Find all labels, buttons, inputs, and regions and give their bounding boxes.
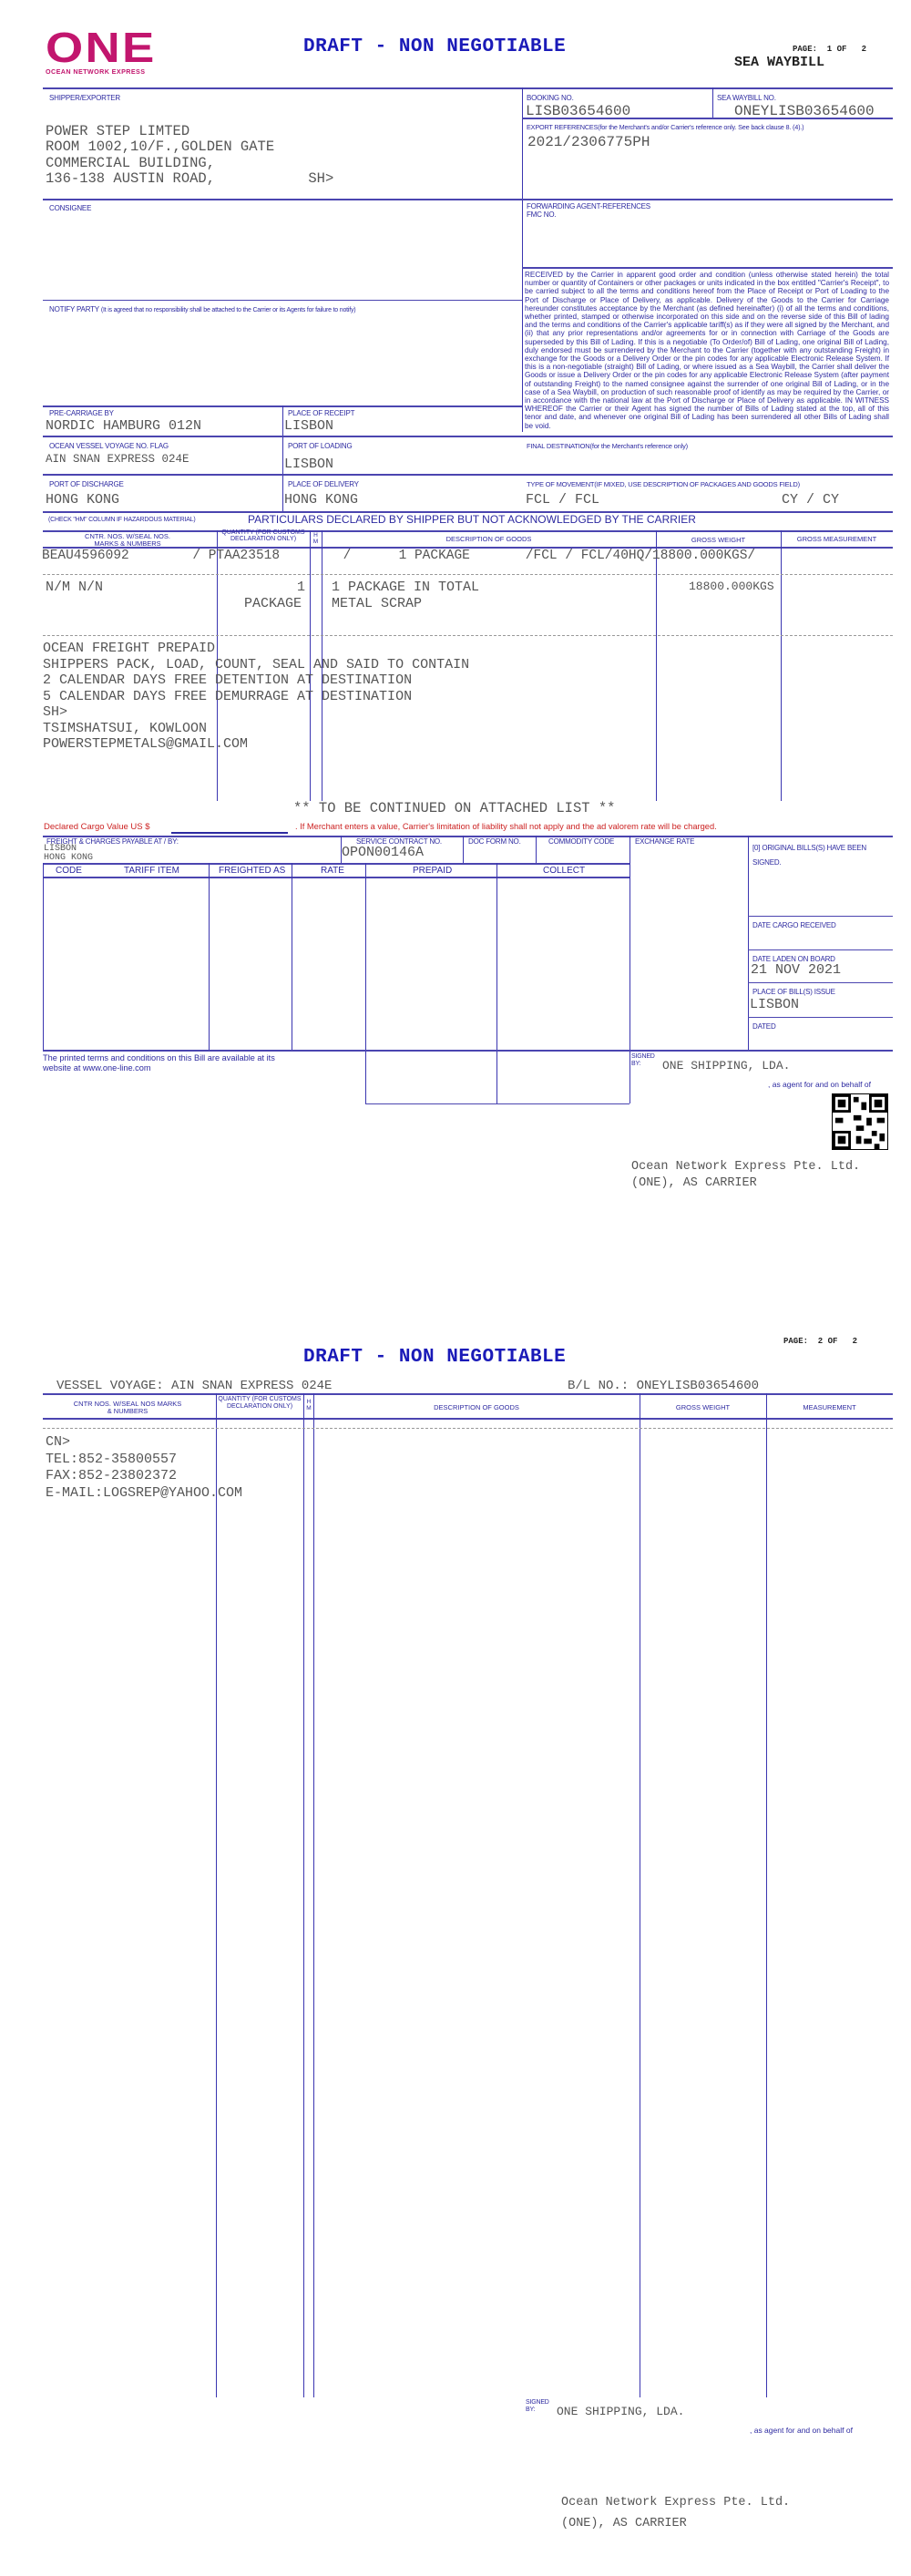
dashed-divider — [43, 1428, 893, 1429]
signed-by-label: SIGNEDBY: — [631, 1053, 655, 1068]
column-line — [216, 1393, 217, 2397]
dated-label: DATED — [752, 1022, 776, 1031]
continued-line: CN> — [46, 1434, 242, 1452]
divider — [365, 863, 366, 1103]
cargo-marks: N/M N/N — [46, 580, 103, 595]
remark-line: 2 CALENDAR DAYS FREE DETENTION AT DESTIN… — [43, 672, 469, 689]
charges-header-rate: RATE — [321, 866, 344, 876]
place-of-receipt-value: LISBON — [284, 418, 333, 434]
divider — [43, 863, 44, 1050]
column-line — [766, 1393, 767, 2397]
divider — [43, 300, 522, 301]
column-header-description: DESCRIPTION OF GOODS — [313, 1404, 640, 1411]
service-contract-value: OPON00146A — [342, 845, 424, 860]
place-of-issue-value: LISBON — [750, 997, 799, 1012]
column-line — [640, 1393, 640, 2397]
signed-by-value: ONE SHIPPING, LDA. — [557, 2405, 684, 2418]
cargo-description: 1 PACKAGE IN TOTALMETAL SCRAP — [332, 580, 479, 612]
qr-code-icon — [832, 1093, 888, 1150]
port-of-loading-value: LISBON — [284, 457, 333, 472]
column-header-gross-weight: GROSS WEIGHT — [656, 537, 781, 544]
divider — [292, 863, 292, 1050]
divider — [630, 836, 630, 1103]
charges-header-collect: COLLECT — [543, 866, 585, 876]
dashed-divider — [43, 635, 893, 636]
one-logo: ONE OCEAN NETWORK EXPRESS — [46, 29, 155, 77]
particulars-heading: PARTICULARS DECLARED BY SHIPPER BUT NOT … — [248, 513, 696, 526]
hazardous-note: (CHECK "HM" COLUMN IF HAZARDOUS MATERIAL… — [48, 517, 196, 523]
declared-value-label: Declared Cargo Value US $ — [44, 822, 150, 832]
remark-line: SH> — [43, 704, 469, 721]
column-header-gross-measurement: GROSS MEASUREMENT — [781, 536, 893, 543]
doc-form-label: DOC FORM NO. — [468, 837, 521, 846]
continued-note: ** TO BE CONTINUED ON ATTACHED LIST ** — [293, 800, 615, 816]
cargo-quantity: 1 — [297, 580, 305, 595]
column-line — [656, 530, 657, 801]
carrier-name: Ocean Network Express Pte. Ltd.(ONE), AS… — [561, 2492, 790, 2534]
place-of-delivery-value: HONG KONG — [284, 492, 358, 508]
shipper-line: ROOM 1002,10/F.,GOLDEN GATE — [46, 139, 333, 156]
port-of-discharge-value: HONG KONG — [46, 492, 119, 508]
container-line: BEAU4596092 / PTAA23518 / 1 PACKAGE /FCL… — [42, 549, 755, 563]
commodity-code-label: COMMODITY CODE — [548, 837, 614, 846]
column-header-quantity: QUANTITY (FOR CUSTOMS DECLARATION ONLY) — [219, 530, 308, 542]
vessel-value: AIN SNAN EXPRESS 024E — [46, 453, 189, 466]
consignee-label: CONSIGNEE — [49, 204, 91, 212]
column-line — [781, 530, 782, 801]
divider — [365, 1103, 630, 1104]
divider — [748, 982, 893, 983]
vessel-label: OCEAN VESSEL VOYAGE NO. FLAG — [49, 442, 169, 450]
carrier-name: Ocean Network Express Pte. Ltd.(ONE), AS… — [631, 1159, 860, 1192]
forwarding-agent-label: FORWARDING AGENT-REFERENCES — [527, 202, 650, 210]
continued-line: FAX:852-23802372 — [46, 1468, 242, 1485]
freight-payable-line: HONG KONG — [44, 854, 93, 863]
description-line: 1 PACKAGE IN TOTAL — [332, 580, 479, 596]
declared-value-note: . If Merchant enters a value, Carrier's … — [295, 822, 717, 831]
document-type: SEA WAYBILL — [734, 55, 824, 70]
date-laden-value: 21 NOV 2021 — [751, 962, 841, 978]
vessel-voyage: VESSEL VOYAGE: AIN SNAN EXPRESS 024E — [56, 1379, 332, 1393]
divider — [496, 863, 497, 1103]
remark-line: 5 CALENDAR DAYS FREE DEMURRAGE AT DESTIN… — [43, 689, 469, 705]
cargo-quantity-unit: PACKAGE — [244, 596, 302, 611]
movement-value: FCL / FCL — [526, 492, 599, 508]
freight-payable-at: LISBONHONG KONG — [44, 845, 93, 863]
remark-line: TSIMSHATSUI, KOWLOON — [43, 721, 469, 737]
port-of-loading-label: PORT OF LOADING — [288, 442, 353, 450]
column-header-hm: H M — [304, 1399, 313, 1411]
continued-lines: CN>TEL:852-35800557FAX:852-23802372E-MAI… — [46, 1434, 242, 1502]
place-of-receipt-label: PLACE OF RECEIPT — [288, 409, 354, 417]
column-line — [303, 1393, 304, 2397]
place-of-delivery-label: PLACE OF DELIVERY — [288, 480, 359, 488]
charges-header-code: CODE — [56, 866, 82, 876]
column-header-marks: CNTR NOS. W/SEAL NOS MARKS & NUMBERS — [73, 1401, 182, 1415]
pre-carriage-label: PRE-CARRIAGE BY — [49, 409, 114, 417]
place-of-issue-label: PLACE OF BILL(S) ISSUE — [752, 988, 835, 996]
divider — [748, 916, 893, 917]
port-of-discharge-label: PORT OF DISCHARGE — [49, 480, 124, 488]
shipper-address: POWER STEP LIMTEDROOM 1002,10/F.,GOLDEN … — [46, 108, 333, 188]
shipper-line: POWER STEP LIMTED — [46, 124, 333, 140]
description-line: METAL SCRAP — [332, 596, 479, 612]
terms-conditions-text: RECEIVED by the Carrier in apparent good… — [525, 271, 889, 430]
column-header-description: DESCRIPTION OF GOODS — [322, 536, 656, 543]
divider — [43, 199, 893, 200]
charges-header-freighted-as: FREIGHTED AS — [219, 866, 285, 876]
notify-party-label: NOTIFY PARTY (It is agreed that no respo… — [49, 305, 355, 313]
agent-note: , as agent for and on behalf of — [750, 2426, 853, 2435]
export-references-label: EXPORT REFERENCES(for the Merchant's and… — [527, 123, 804, 131]
waybill-label: SEA WAYBILL NO. — [717, 94, 776, 102]
declared-value-field[interactable] — [171, 832, 288, 834]
cargo-gross-weight: 18800.000KGS — [689, 580, 774, 593]
divider — [522, 267, 893, 269]
type-of-movement-label: TYPE OF MOVEMENT(IF MIXED, USE DESCRIPTI… — [527, 480, 800, 488]
divider — [43, 436, 893, 437]
column-header-quantity: QUANTITY (FOR CUSTOMS DECLARATION ONLY) — [217, 1396, 302, 1410]
charges-header-prepaid: PREPAID — [413, 866, 452, 876]
divider — [536, 836, 537, 863]
pre-carriage-value: NORDIC HAMBURG 012N — [46, 418, 201, 434]
divider — [43, 1050, 893, 1052]
shipper-label: SHIPPER/EXPORTER — [49, 94, 120, 102]
divider — [748, 1017, 893, 1018]
divider — [748, 949, 893, 950]
column-header-hm: H M — [311, 532, 321, 545]
signed-by-label: SIGNEDBY: — [526, 2399, 549, 2414]
page-title: DRAFT - NON NEGOTIABLE — [303, 1347, 566, 1368]
shipper-line: COMMERCIAL BUILDING, — [46, 156, 333, 172]
booking-number: LISB03654600 — [526, 103, 630, 119]
fmc-no-label: FMC NO. — [527, 210, 556, 219]
dashed-divider — [43, 574, 893, 575]
movement-service: CY / CY — [782, 492, 839, 508]
charges-header-tariff: TARIFF ITEM — [124, 866, 179, 876]
divider — [712, 87, 713, 118]
export-references: 2021/2306775PH — [527, 134, 650, 150]
divider — [43, 474, 893, 476]
divider — [463, 836, 464, 863]
column-header-gross-weight: GROSS WEIGHT — [640, 1404, 766, 1411]
divider — [43, 863, 630, 865]
agent-note: , as agent for and on behalf of — [768, 1080, 871, 1089]
exchange-rate-label: EXCHANGE RATE — [635, 837, 694, 846]
printed-terms-note: The printed terms and conditions on this… — [43, 1053, 298, 1073]
divider — [209, 863, 210, 1050]
waybill-number: ONEYLISB03654600 — [734, 103, 875, 119]
divider — [522, 87, 523, 432]
page-number: PAGE: 1 OF 2 — [793, 45, 866, 54]
continued-line: E-MAIL:LOGSREP@YAHOO.COM — [46, 1485, 242, 1503]
final-destination-label: FINAL DESTINATION(for the Merchant's ref… — [527, 442, 688, 450]
page-number: PAGE: 2 OF 2 — [783, 1337, 857, 1346]
signed-by-value: ONE SHIPPING, LDA. — [662, 1059, 790, 1072]
original-bills-note: [0] ORIGINAL BILLS(S) HAVE BEEN SIGNED. — [752, 841, 889, 870]
column-header-marks: CNTR. NOS. W/SEAL NOS. MARKS & NUMBERS — [77, 533, 178, 548]
booking-label: BOOKING NO. — [527, 94, 574, 102]
remark-line: SHIPPERS PACK, LOAD, COUNT, SEAL AND SAI… — [43, 657, 469, 673]
divider — [282, 405, 283, 511]
continued-line: TEL:852-35800557 — [46, 1452, 242, 1469]
divider — [43, 877, 630, 878]
remark-line: POWERSTEPMETALS@GMAIL.COM — [43, 736, 469, 753]
remark-line: OCEAN FREIGHT PREPAID — [43, 641, 469, 657]
shipper-line: 136-138 AUSTIN ROAD, SH> — [46, 171, 333, 188]
logo-text: ONE — [46, 29, 171, 66]
column-header-measurement: MEASUREMENT — [766, 1404, 893, 1411]
page-title: DRAFT - NON NEGOTIABLE — [303, 36, 566, 57]
remarks: OCEAN FREIGHT PREPAIDSHIPPERS PACK, LOAD… — [43, 641, 469, 753]
date-cargo-received-label: DATE CARGO RECEIVED — [752, 921, 836, 929]
divider — [43, 87, 893, 89]
bl-number: B/L NO.: ONEYLISB03654600 — [568, 1379, 759, 1393]
column-line — [313, 1393, 314, 2397]
